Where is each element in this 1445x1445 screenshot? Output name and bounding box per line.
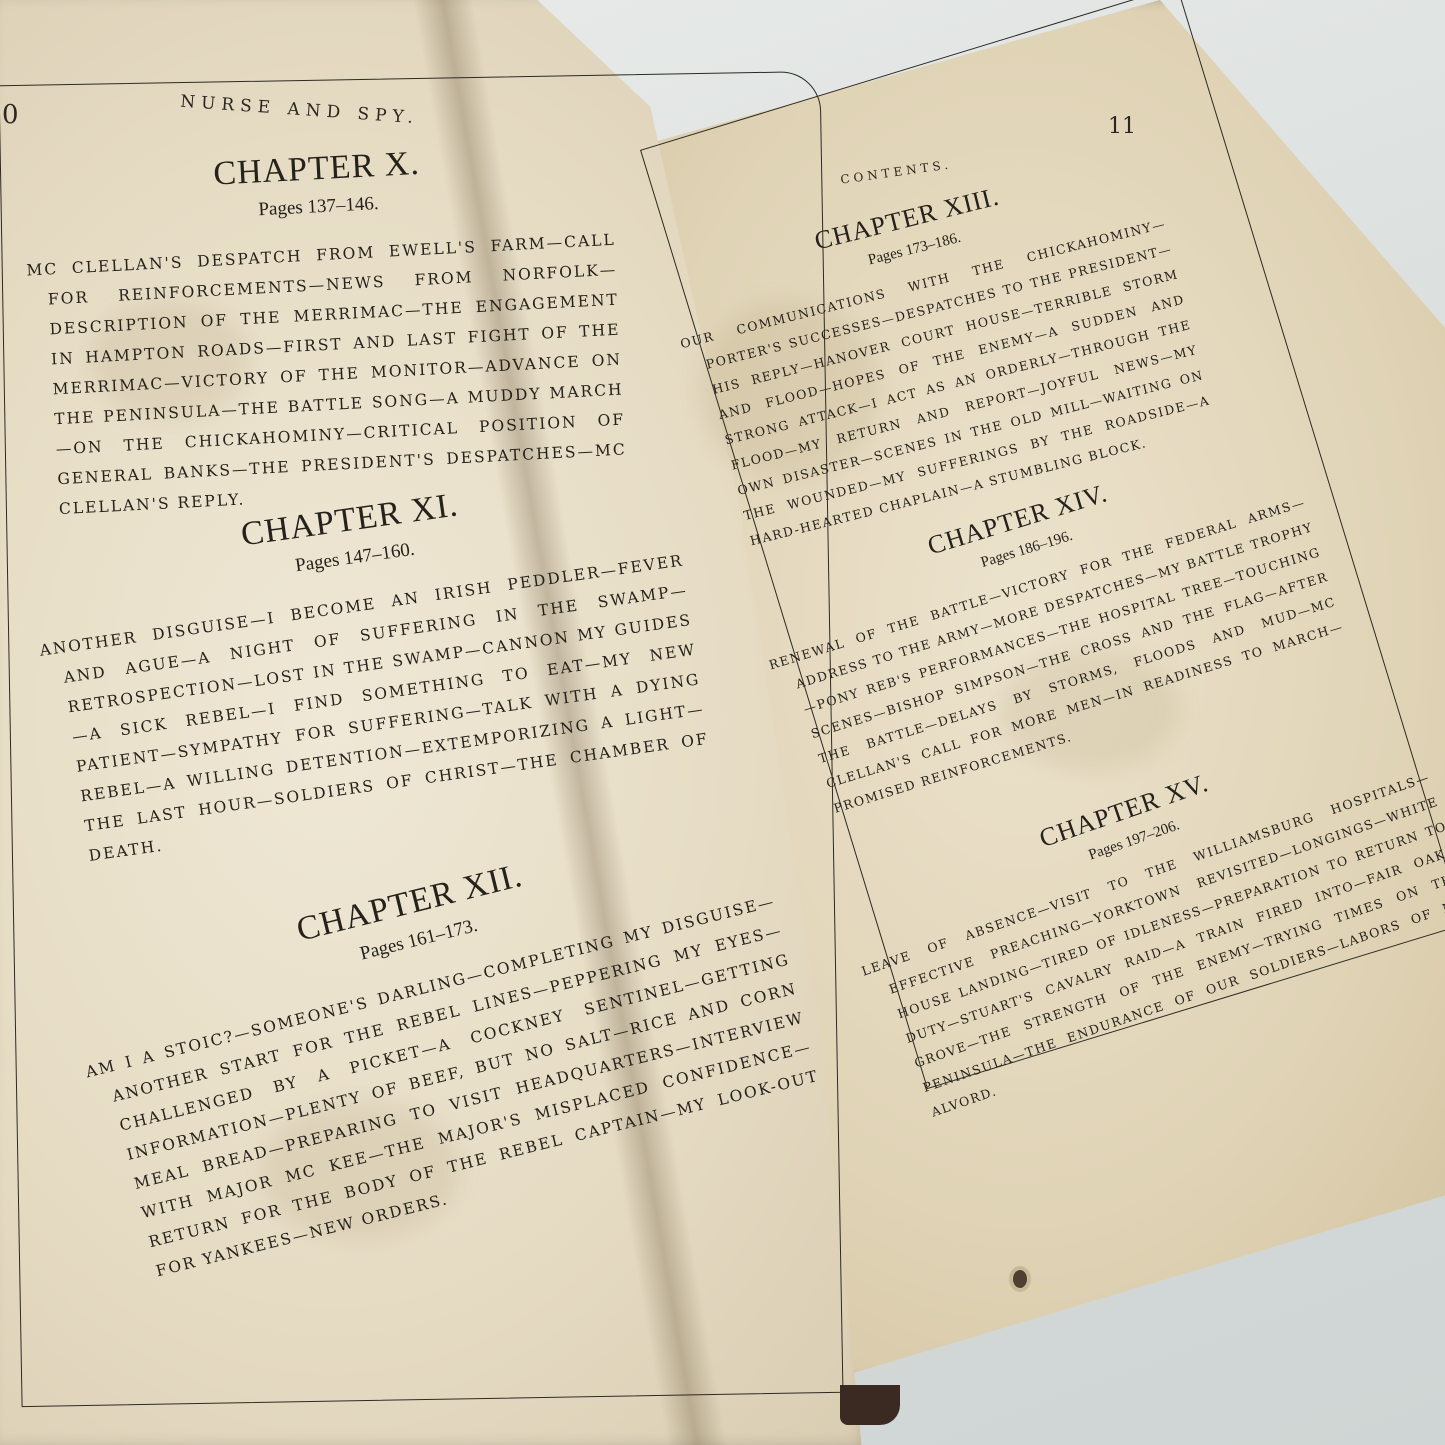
left-page-number: 0	[2, 100, 19, 130]
book-cover-edge	[840, 1385, 900, 1425]
chapter-entry-x: CHAPTER X. Pages 137–146. Mc Clellan's d…	[21, 135, 629, 525]
right-page-number: 11	[1108, 114, 1136, 139]
worm-hole	[1013, 1270, 1027, 1288]
